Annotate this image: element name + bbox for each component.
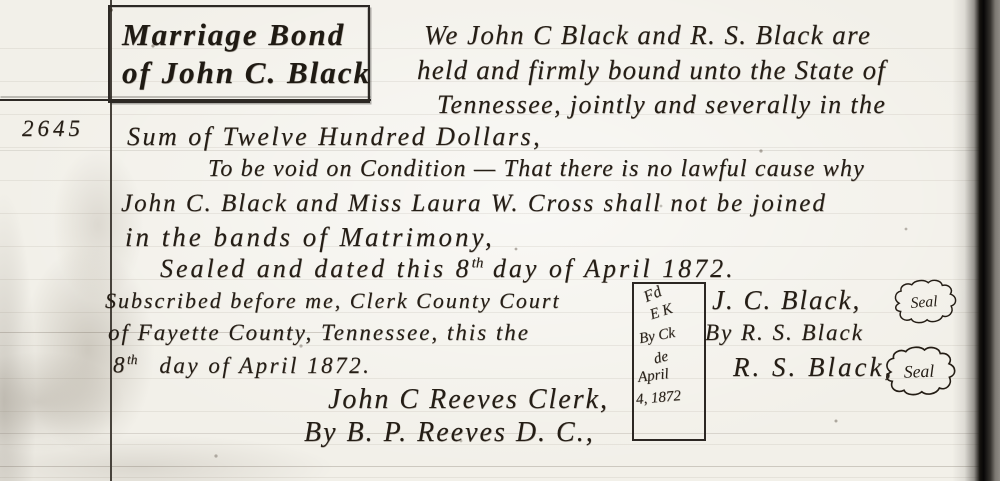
attestation-line-2: of Fayette County, Tennessee, this the xyxy=(108,320,530,346)
seal-word: Seal xyxy=(910,293,939,312)
title-box: Marriage Bond of John C. Black xyxy=(108,5,370,103)
deputy-clerk-signature: By B. P. Reeves D. C., xyxy=(304,417,595,449)
signature-by-rs-black: By R. S. Black xyxy=(705,320,864,346)
title-line-1: Marriage Bond xyxy=(122,17,345,53)
body-line-3: Tennessee, jointly and severally in the xyxy=(437,90,886,120)
ledger-number: 2645 xyxy=(22,116,84,142)
clerk-signature: John C Reeves Clerk, xyxy=(328,384,609,416)
attestation-line-1: Subscribed before me, Clerk County Court xyxy=(105,288,561,313)
sealed-dated-text: Sealed and dated this 8 xyxy=(160,254,472,283)
body-line-2: held and firmly bound unto the State of xyxy=(417,55,886,86)
attestation-date-text: day of April 1872. xyxy=(159,353,371,378)
body-line-7: in the bands of Matrimony, xyxy=(125,222,495,253)
ordinal-superscript: th xyxy=(472,255,484,271)
seal-scroll: Seal xyxy=(875,345,963,398)
stamp-line: By Ck xyxy=(638,325,677,348)
signature-jc-black: J. C. Black, xyxy=(712,285,861,316)
attestation-day: 8 xyxy=(113,353,127,378)
ordinal-superscript: th xyxy=(127,352,137,367)
ruled-line xyxy=(0,466,1000,467)
sealed-dated-text-end: day of April 1872. xyxy=(483,254,735,283)
body-line-1: We John C Black and R. S. Black are xyxy=(424,20,871,51)
stamp-line: 4, 1872 xyxy=(635,388,681,409)
title-line-2: of John C. Black xyxy=(122,55,371,91)
seal-cloud-icon: Seal xyxy=(887,277,962,327)
sealed-dated-line: Sealed and dated this 8th day of April 1… xyxy=(160,254,736,284)
seal-word: Seal xyxy=(903,361,934,382)
body-line-5: To be void on Condition — That there is … xyxy=(208,156,865,184)
stamp-line: April xyxy=(637,366,670,387)
scanned-marriage-bond-page: Marriage Bond of John C. Black 2645 We J… xyxy=(0,0,1000,481)
signature-rs-black: R. S. Black, xyxy=(733,352,894,383)
paper-speckles xyxy=(0,0,2,2)
seal-cloud-icon: Seal xyxy=(875,345,963,398)
filing-stamp-box: Fd E K By Ck de April 4, 1872 xyxy=(632,282,706,441)
seal-scroll: Seal xyxy=(887,277,962,327)
body-line-4: Sum of Twelve Hundred Dollars, xyxy=(127,122,542,152)
body-line-6: John C. Black and Miss Laura W. Cross sh… xyxy=(121,190,827,219)
attestation-date-line: 8thday of April 1872. xyxy=(113,352,371,379)
page-binding-edge xyxy=(952,0,1000,481)
